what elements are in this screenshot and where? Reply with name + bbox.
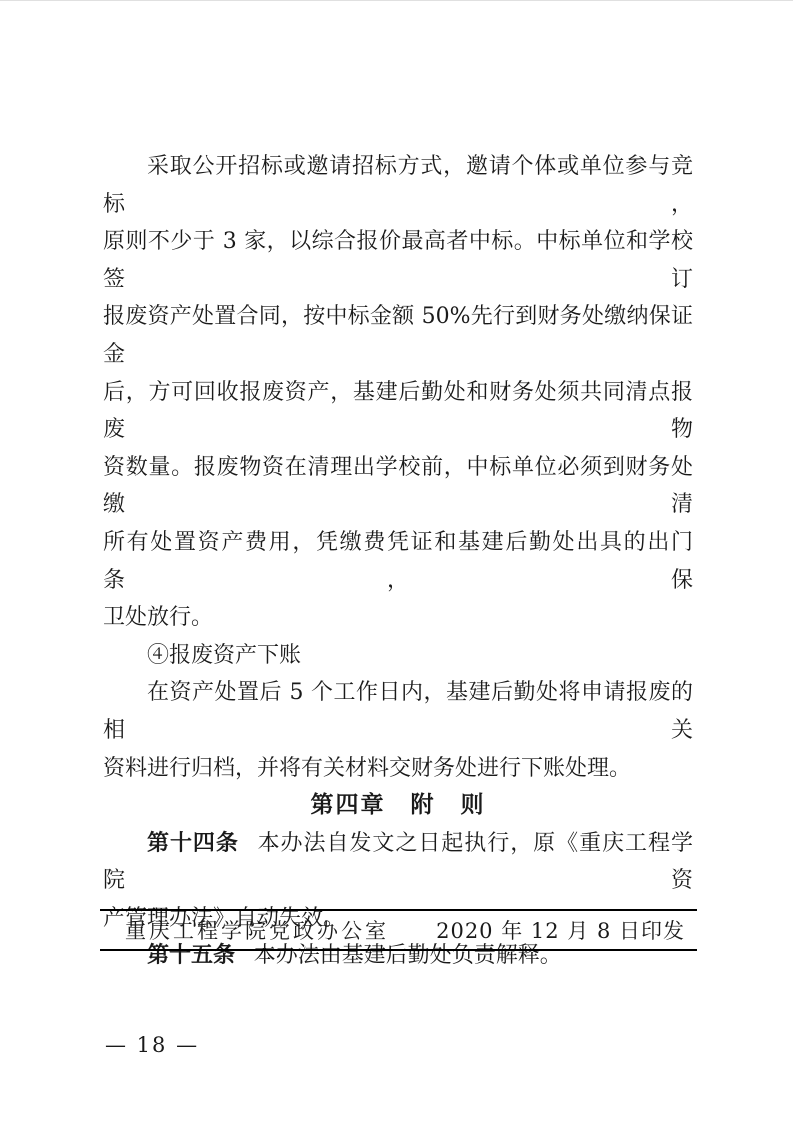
chapter-heading: 第四章 附 则 [103,787,693,825]
body-line: 报废资产处置合同，按中标金额 50%先行到财务处缴纳保证金 [103,298,693,373]
document-page: 采取公开招标或邀请招标方式，邀请个体或单位参与竞标， 原则不少于 3 家，以综合… [0,0,793,1122]
footer-issuer: 重庆工程学院党政办公室 [125,915,389,945]
document-body: 采取公开招标或邀请招标方式，邀请个体或单位参与竞标， 原则不少于 3 家，以综合… [103,148,693,975]
footer-print-date: 2020 年 12 月 8 日印发 [436,915,685,945]
footer: 重庆工程学院党政办公室 2020 年 12 月 8 日印发 [100,909,697,951]
body-line: 资数量。报废物资在清理出学校前，中标单位必须到财务处缴清 [103,449,693,524]
body-line: 卫处放行。 [103,599,693,637]
body-line: 资料进行归档，并将有关材料交财务处进行下账处理。 [103,750,693,788]
page-number: — 18 — [105,1033,199,1057]
article-14-term: 第十四条 [147,831,239,856]
body-line: 原则不少于 3 家，以综合报价最高者中标。中标单位和学校签订 [103,223,693,298]
article-14-line: 第十四条本办法自发文之日起执行，原《重庆工程学院资 [103,825,693,900]
body-line: 在资产处置后 5 个工作日内，基建后勤处将申请报废的相关 [103,674,693,749]
body-line: 所有处置资产费用，凭缴费凭证和基建后勤处出具的出门条，保 [103,524,693,599]
body-line: 后，方可回收报废资产，基建后勤处和财务处须共同清点报废物 [103,374,693,449]
body-line: 采取公开招标或邀请招标方式，邀请个体或单位参与竞标， [103,148,693,223]
list-item-scrap-asset-writeoff: ④报废资产下账 [103,637,693,675]
